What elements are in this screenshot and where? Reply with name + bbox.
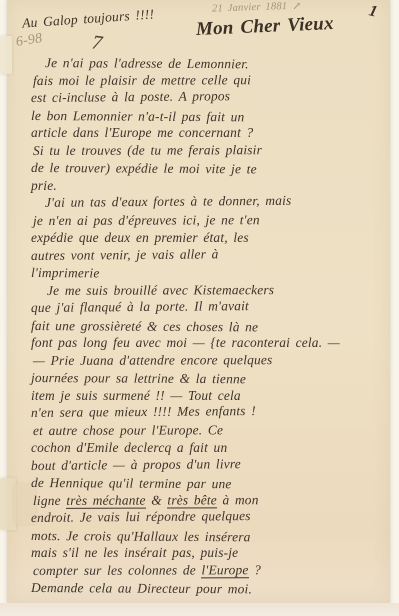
letter-line: n'en sera que mieux !!!! Mes enfants ! [31,401,395,422]
letter-line: est ci-incluse à la poste. A propos [31,86,395,107]
letter-line: mais s'il ne les insérait pas, puis-je [31,544,395,562]
scan-edge [0,603,399,616]
text-segment: compter sur les colonnes de [33,562,202,578]
underlined-text: très bête [167,492,217,508]
underlined-text: l'Europe [201,562,248,578]
letter-line: — Prie Juana d'attendre encore quelques [33,350,397,369]
letter-line: bout d'article — à propos d'un livre [31,453,395,474]
letter-line: autres vont venir, je vais aller à [31,243,395,264]
text-segment: & [146,492,168,507]
letter-line: article dans l'Europe me concernant ? [31,124,395,142]
text-segment: ? [249,562,262,577]
letter-line: font pas long feu avec moi — {te raconte… [31,334,395,352]
letter-line: J'ai un tas d'eaux fortes à te donner, m… [31,191,395,212]
text-segment: ligne [33,492,66,507]
letter-line: Si tu le trouves (de tu me ferais plaisi… [33,140,397,159]
letter-line: endroit. Je vais lui répondre quelques [31,506,395,527]
letter-line: fait une grossièreté & ces choses là ne [31,317,395,337]
letter-line: compter sur les colonnes de l'Europe ? [33,560,397,579]
pencil-tick-icon: ↗ [292,0,302,13]
letter-line: mots. Je crois qu'Hallaux les insérera [31,527,395,547]
letter-line: que j'ai flanqué à la porte. Il m'avait [31,296,395,317]
letter-line: journées pour sa lettrine & la tienne [31,369,395,389]
letter-line: je n'en ai pas d'épreuves ici, je ne t'e… [33,210,397,229]
tape-remnant [0,36,12,74]
letter-line: le bon Lemonnier n'a-t-il pas fait un [31,107,395,127]
letter-line: et autre chose pour l'Europe. Ce [33,420,397,439]
scanned-letter-page: Au Galop toujours !!!! 6-98 7 21 Janvier… [0,0,399,616]
letter-line: de le trouver) expédie le moi vite je te [31,159,395,179]
letter-line: Demande cela au Directeur pour moi. [31,579,395,599]
letter-body: Je n'ai pas l'adresse de Lemonnier.fais … [31,54,395,597]
underlined-text: très méchante [66,492,145,508]
text-segment: à mon [217,492,259,507]
